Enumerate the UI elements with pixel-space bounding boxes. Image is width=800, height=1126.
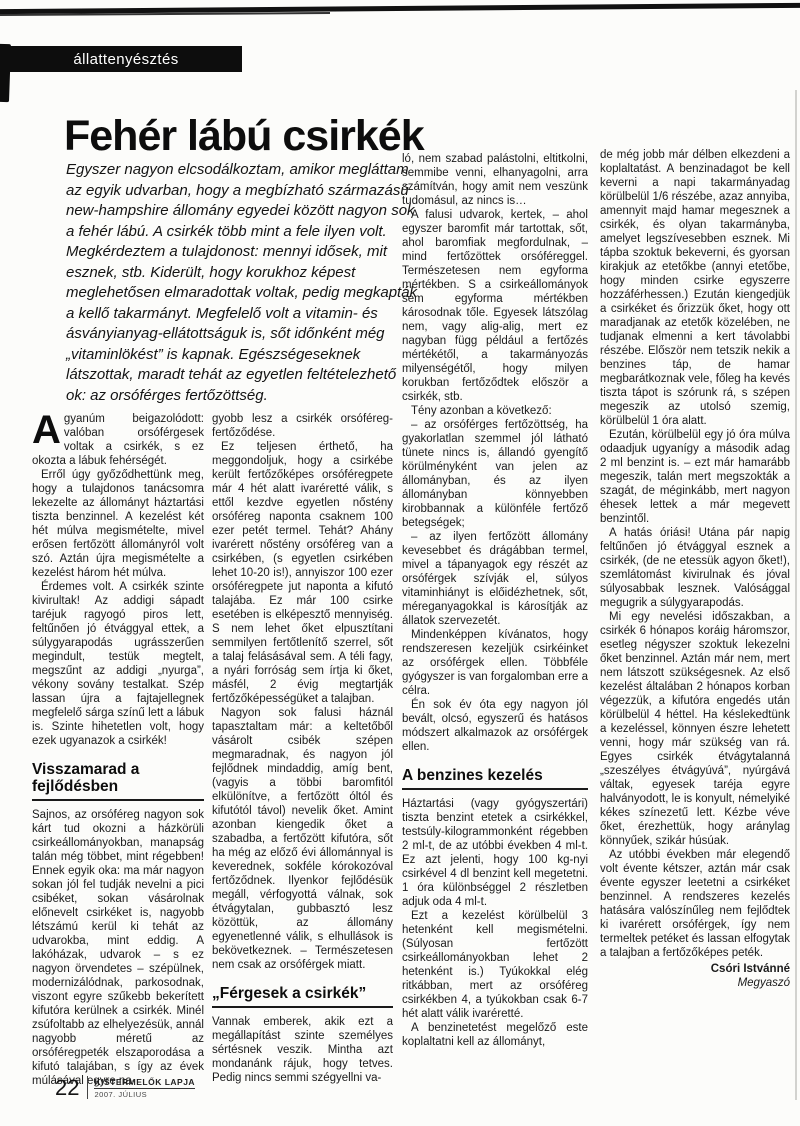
section-heading-visszamarad: Visszamarad a fejlődésben xyxy=(32,761,204,801)
article-lead: Egyszer nagyon elcsodálkoztam, amikor me… xyxy=(66,160,420,406)
page-footer: 22 KISTERMELŐK LAPJA 2007. JÚLIUS xyxy=(55,1076,195,1100)
author-name: Csóri Istvánné xyxy=(711,963,790,975)
magazine-page: állattenyésztés Fehér lábú csirkék Egysz… xyxy=(0,0,800,1126)
paragraph: Az utóbbi években már elegendő volt éven… xyxy=(600,848,790,960)
paragraph: Mi egy nevelési időszakban, a csirkék 6 … xyxy=(600,610,790,848)
magazine-name: KISTERMELŐK LAPJA xyxy=(94,1077,195,1089)
section-heading-fergesek: „Férgesek a csirkék” xyxy=(212,985,393,1008)
paragraph: Erről úgy győződhettünk meg, hogy a tula… xyxy=(32,468,204,580)
body-column-1: Agyanúm beigazolódott: valóban orsóférge… xyxy=(32,412,204,1068)
paragraph: – az ilyen fertőzött állomány kevesebbet… xyxy=(402,530,588,628)
page-number: 22 xyxy=(55,1076,79,1100)
section-tab: állattenyésztés xyxy=(10,46,242,72)
body-column-2: gyobb lesz a csirkék orsóféreg-fertőződé… xyxy=(212,412,393,1068)
paragraph: A falusi udvarok, kertek, – ahol egyszer… xyxy=(402,208,588,404)
paragraph: Vannak emberek, akik ezt a megállapítást… xyxy=(212,1015,393,1085)
paragraph: Én sok év óta egy nagyon jól bevált, olc… xyxy=(402,698,588,754)
body-column-4: de még jobb már délben elkezdeni a kopla… xyxy=(600,148,790,1078)
paragraph: ló, nem szabad palástolni, eltitkolni, s… xyxy=(402,152,588,208)
drop-cap: A xyxy=(32,414,64,447)
paragraph: gyobb lesz a csirkék orsóféreg-fertőződé… xyxy=(212,412,393,440)
paragraph: – az orsóférges fertőzöttség, ha gyakorl… xyxy=(402,418,588,530)
paragraph: A hatás óriási! Utána pár napig feltűnőe… xyxy=(600,526,790,610)
paragraph: de még jobb már délben elkezdeni a kopla… xyxy=(600,148,790,428)
paragraph: Ezt a kezelést körülbelül 3 hetenként ke… xyxy=(402,909,588,1021)
magazine-lockup: KISTERMELŐK LAPJA 2007. JÚLIUS xyxy=(87,1076,195,1099)
paragraph: A benzinetetést megelőző este koplaltatn… xyxy=(402,1021,588,1049)
paragraph: Háztartási (vagy gyógyszertári) tiszta b… xyxy=(402,797,588,909)
paragraph: Érdemes volt. A csirkék szinte kivirulta… xyxy=(32,580,204,748)
page-edge-shadow xyxy=(795,90,797,1100)
issue-date: 2007. JÚLIUS xyxy=(94,1090,195,1099)
paragraph: Sajnos, az orsóféreg nagyon sok kárt tud… xyxy=(32,808,204,1088)
paragraph: Ez teljesen érthető, ha meggondoljuk, ho… xyxy=(212,440,393,706)
paragraph: Ezután, körülbelül egy jó óra múlva odaa… xyxy=(600,428,790,526)
paragraph: Tény azonban a következő: xyxy=(402,404,588,418)
body-column-3: ló, nem szabad palástolni, eltitkolni, s… xyxy=(402,152,588,1072)
section-tab-label: állattenyésztés xyxy=(73,51,178,68)
author-block: Csóri Istvánné Megyaszó xyxy=(600,962,790,990)
paragraph: Agyanúm beigazolódott: valóban orsóférge… xyxy=(32,412,204,468)
paragraph: Mindenképpen kívánatos, hogy rendszerese… xyxy=(402,628,588,698)
author-place: Megyaszó xyxy=(600,976,790,990)
paragraph: Nagyon sok falusi háznál tapasztaltam má… xyxy=(212,706,393,972)
section-heading-benzines: A benzines kezelés xyxy=(402,767,588,790)
